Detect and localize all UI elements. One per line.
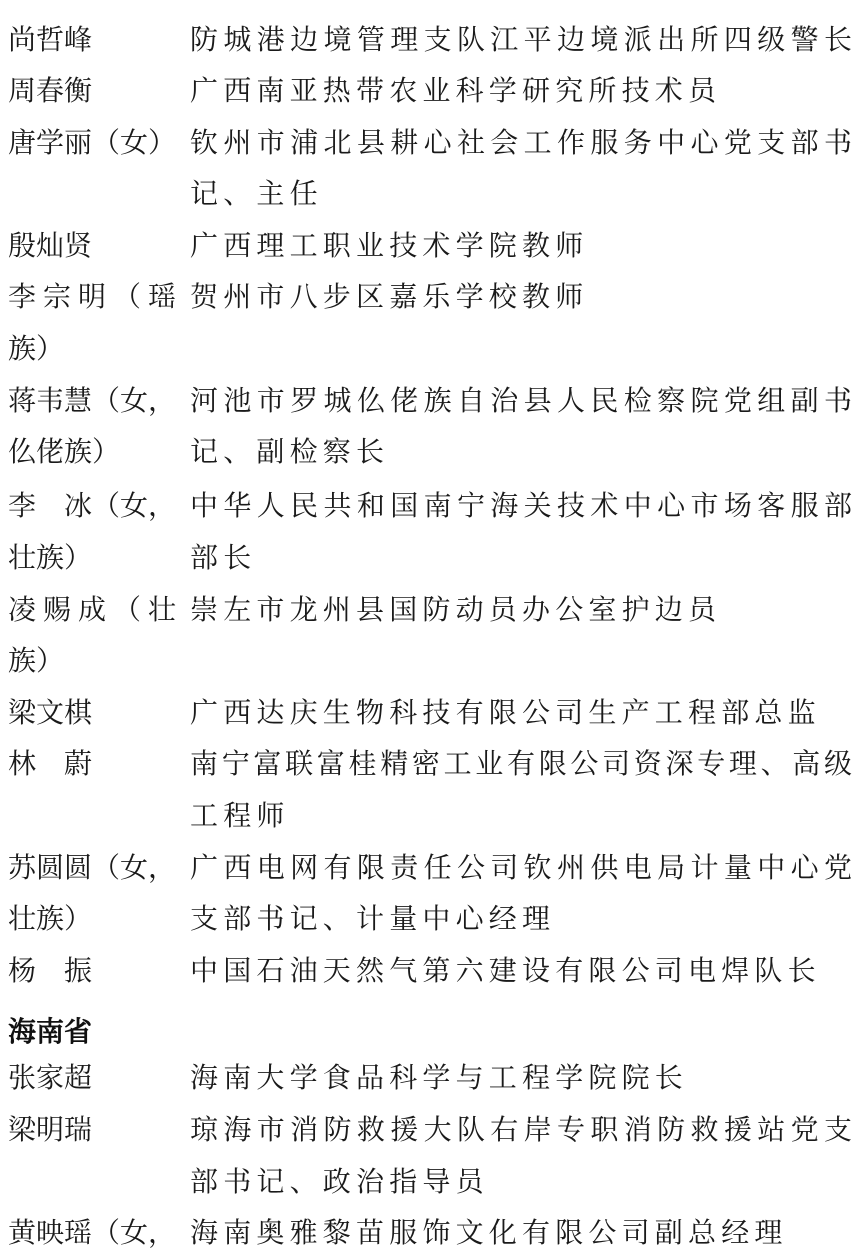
person-role: 贺州市八步区嘉乐学校教师 (190, 275, 852, 319)
person-role: 广西达庆生物科技有限公司生产工程部总监 (190, 691, 852, 735)
person-role: 海南大学食品科学与工程学院院长 (190, 1056, 852, 1100)
person-role-continuation: 支部书记、计量中心经理 (190, 897, 852, 941)
person-role-continuation: 记、主任 (190, 172, 852, 216)
person-role: 广西理工职业技术学院教师 (190, 224, 852, 268)
person-name: 林 蔚 (8, 742, 178, 786)
person-role-continuation: 部书记、政治指导员 (190, 1160, 852, 1204)
person-role: 琼海市消防救援大队右岸专职消防救援站党支 (190, 1108, 852, 1152)
person-name-continuation: 仫佬族） (8, 430, 178, 474)
person-role-continuation: 工程师 (190, 794, 852, 838)
person-name-continuation: 壮族） (8, 897, 178, 941)
person-role-continuation: 部长 (190, 536, 852, 580)
person-name: 李 冰（女， (8, 484, 176, 528)
person-role: 广西南亚热带农业科学研究所技术员 (190, 69, 852, 113)
document-page: 尚哲峰 防城港边境管理支队江平边境派出所四级警长 周春衡 广西南亚热带农业科学研… (0, 0, 862, 1255)
person-name: 李宗明（瑶 (8, 275, 176, 319)
person-name-continuation: 壮族） (8, 536, 178, 580)
person-role: 防城港边境管理支队江平边境派出所四级警长 (190, 18, 852, 62)
person-name: 蒋韦慧（女， (8, 379, 176, 423)
person-role: 海南奥雅黎苗服饰文化有限公司副总经理 (190, 1211, 852, 1255)
person-name: 杨 振 (8, 949, 178, 993)
person-name: 殷灿贤 (8, 224, 178, 268)
person-name: 尚哲峰 (8, 18, 178, 62)
person-role: 崇左市龙州县国防动员办公室护边员 (190, 588, 852, 632)
person-name: 凌赐成（壮 (8, 588, 176, 632)
person-name: 周春衡 (8, 69, 178, 113)
person-name: 梁文棋 (8, 691, 178, 735)
person-role: 中华人民共和国南宁海关技术中心市场客服部 (190, 484, 852, 528)
person-role-continuation: 记、副检察长 (190, 430, 852, 474)
person-name: 苏圆圆（女， (8, 846, 176, 890)
person-role: 广西电网有限责任公司钦州供电局计量中心党 (190, 846, 852, 890)
person-name: 唐学丽（女） (8, 121, 176, 165)
person-name-continuation: 族） (8, 639, 178, 683)
person-name-continuation: 族） (8, 327, 178, 371)
section-heading-hainan: 海南省 (8, 1010, 92, 1054)
person-role: 中国石油天然气第六建设有限公司电焊队长 (190, 949, 852, 993)
person-name: 张家超 (8, 1056, 178, 1100)
person-name: 黄映瑶（女， (8, 1211, 176, 1255)
person-role: 钦州市浦北县耕心社会工作服务中心党支部书 (190, 121, 852, 165)
person-name: 梁明瑞 (8, 1108, 178, 1152)
person-role: 南宁富联富桂精密工业有限公司资深专理、高级 (190, 742, 852, 786)
person-role: 河池市罗城仫佬族自治县人民检察院党组副书 (190, 379, 852, 423)
